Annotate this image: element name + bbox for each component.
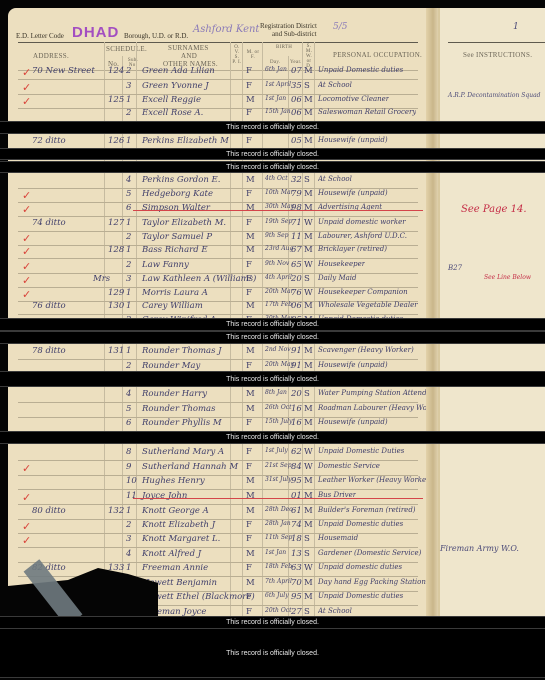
- row-marital-status: M: [304, 418, 313, 428]
- ed-letter-code-label: E.D. Letter Code: [16, 32, 64, 40]
- registration-label: Registration District: [260, 22, 317, 30]
- row-birth-year: 74: [291, 520, 302, 530]
- row-schedule-sub: 2: [126, 260, 131, 270]
- row-sex: M: [246, 346, 255, 356]
- row-birth-year: 18: [291, 534, 302, 544]
- note-see-line-below: See Line Below: [484, 274, 531, 281]
- row-sex: F: [246, 136, 252, 146]
- check-mark: ✓: [22, 66, 31, 79]
- census-page: E.D. Letter Code DHAD Borough, U.D. or R…: [8, 8, 545, 620]
- row-marital-status: W: [304, 260, 313, 270]
- row-occupation: Saleswoman Retail Grocery: [318, 108, 416, 116]
- row-occupation: At School: [318, 175, 352, 183]
- row-marital-status: M: [304, 578, 313, 588]
- row-sex: M: [246, 506, 255, 516]
- row-marital-status: S: [304, 549, 310, 559]
- check-mark: ✓: [22, 491, 31, 504]
- row-birth-day: 6th July: [265, 592, 289, 599]
- row-sex: F: [246, 108, 252, 118]
- row-birth-year: 01: [291, 491, 302, 501]
- row-birth-year: 35: [291, 81, 302, 91]
- row-marital-status: M: [304, 108, 313, 118]
- row-birth-day: 11th Sep: [265, 534, 292, 541]
- row-sex: M: [246, 203, 255, 213]
- col-schedule: SCHEDULE.: [106, 45, 147, 53]
- row-address: 76 ditto: [32, 301, 66, 311]
- row-rule: [18, 216, 418, 217]
- row-schedule-sub: 2: [126, 520, 131, 530]
- row-birth-year: 91: [291, 346, 302, 356]
- row-name: Carey William: [142, 301, 203, 311]
- row-name: Morris Laura A: [142, 288, 208, 298]
- col-surnames: SURNAMES: [168, 44, 209, 52]
- row-name: Rounder May: [142, 361, 200, 371]
- row-occupation: Housewife (unpaid): [318, 136, 388, 144]
- row-schedule-sub: 3: [126, 534, 131, 544]
- row-name: Knott George A: [142, 506, 209, 516]
- row-schedule-sub: 10: [126, 476, 137, 486]
- row-sex: F: [246, 189, 252, 199]
- row-schedule-sub: 2: [126, 232, 131, 242]
- row-schedule-sub: 11: [126, 491, 137, 501]
- closed-record-bar: This record is officially closed.: [0, 318, 545, 331]
- row-birth-day: 28th Jan: [265, 520, 291, 527]
- row-occupation: Unpaid domestic worker: [318, 218, 406, 226]
- row-birth-year: 95: [291, 476, 302, 486]
- row-schedule-no: 129: [108, 288, 124, 298]
- row-birth-year: 06: [291, 108, 302, 118]
- closed-record-bar: This record is officially closed.: [0, 161, 545, 173]
- row-sex: F: [246, 81, 252, 91]
- row-address: 70 New Street: [32, 66, 95, 76]
- row-marital-status: M: [304, 203, 313, 213]
- row-sex: M: [246, 491, 255, 501]
- row-schedule-no: 127: [108, 218, 124, 228]
- closed-record-bar: This record is officially closed.: [0, 121, 545, 134]
- row-sex: F: [246, 361, 252, 371]
- row-occupation: Locomotive Cleaner: [318, 95, 389, 103]
- row-birth-day: 21st Sep: [265, 462, 292, 469]
- row-address: 74 ditto: [32, 218, 66, 228]
- row-marital-status: W: [304, 288, 313, 298]
- row-birth-day: 15th July: [265, 418, 292, 425]
- row-sex: M: [246, 301, 255, 311]
- row-marital-status: S: [304, 389, 310, 399]
- registration-label-2: and Sub-district: [272, 30, 317, 38]
- row-birth-year: 16: [291, 418, 302, 428]
- closed-record-bar: This record is officially closed.: [0, 431, 545, 444]
- row-name: Joyce John: [142, 491, 187, 501]
- row-birth-day: 7th April: [265, 578, 292, 585]
- row-schedule-no: 124: [108, 66, 124, 76]
- row-schedule-sub: 4: [126, 389, 131, 399]
- row-sex: F: [246, 462, 252, 472]
- row-rule: [18, 547, 418, 548]
- row-marital-status: M: [304, 136, 313, 146]
- row-occupation: Housewife (unpaid): [318, 189, 388, 197]
- row-birth-year: 65: [291, 260, 302, 270]
- row-name: Bass Richard E: [142, 245, 208, 255]
- row-rule: [18, 258, 418, 259]
- row-address: 78 ditto: [32, 346, 66, 356]
- row-address: 80 ditto: [32, 506, 66, 516]
- row-occupation: At School: [318, 81, 352, 89]
- row-occupation: At School: [318, 607, 352, 615]
- borough-label: Borough, U.D. or R.D.: [124, 32, 188, 40]
- row-schedule-sub: 5: [126, 189, 131, 199]
- row-marital-status: M: [304, 476, 313, 486]
- row-occupation: Gardener (Domestic Service): [318, 549, 421, 557]
- row-sex: F: [246, 288, 252, 298]
- row-birth-year: 79: [291, 189, 302, 199]
- row-name: Rounder Phyllis M: [142, 418, 222, 428]
- row-schedule-no: 130: [108, 301, 124, 311]
- col-address: ADDRESS.: [33, 52, 69, 60]
- row-sex: F: [246, 563, 252, 573]
- row-marital-status: M: [304, 245, 313, 255]
- row-birth-day: 1st July: [265, 447, 288, 454]
- row-birth-year: 11: [291, 232, 302, 242]
- check-mark: ✓: [22, 520, 31, 533]
- row-birth-year: 13: [291, 549, 302, 559]
- row-name: Knott Elizabeth J: [142, 520, 215, 530]
- row-birth-day: 1st April: [265, 81, 291, 88]
- row-schedule-sub: 3: [126, 274, 131, 284]
- row-sex: F: [246, 260, 252, 270]
- row-occupation: Unpaid Domestic duties: [318, 66, 403, 74]
- borough-value: Ashford Kent: [193, 24, 259, 35]
- row-name: Sutherland Mary A: [142, 447, 224, 457]
- closed-record-bar: This record is officially closed.: [0, 331, 545, 344]
- row-birth-day: 9th Sep: [265, 232, 289, 239]
- row-marital-status: M: [304, 404, 313, 414]
- row-birth-year: 16: [291, 404, 302, 414]
- row-sex: M: [246, 175, 255, 185]
- row-rule: [18, 460, 418, 461]
- row-schedule-no: 125: [108, 95, 124, 105]
- row-rule: [18, 79, 418, 80]
- row-schedule-sub: 5: [126, 404, 131, 414]
- row-schedule-no: 131: [108, 346, 124, 356]
- row-marital-status: M: [304, 520, 313, 530]
- row-marital-status: S: [304, 175, 310, 185]
- row-occupation: Wholesale Vegetable Dealer: [318, 301, 418, 309]
- row-sex: M: [246, 578, 255, 588]
- row-address: 72 ditto: [32, 136, 66, 146]
- row-birth-day: 20th Oct: [265, 607, 292, 614]
- closed-record-bar: This record is officially closed.: [0, 148, 545, 160]
- row-name: Hughes Henry: [142, 476, 205, 486]
- check-mark: ✓: [22, 245, 31, 258]
- row-birth-day: 18th Feb: [265, 563, 292, 570]
- row-occupation: Roadman Labourer (Heavy Worker): [318, 404, 426, 412]
- row-name: Law Fanny: [142, 260, 189, 270]
- row-birth-day: 19th Sep: [265, 218, 292, 225]
- row-schedule-no: 128: [108, 245, 124, 255]
- row-name: Taylor Samuel P: [142, 232, 212, 242]
- row-name: Rounder Thomas J: [142, 346, 222, 356]
- row-schedule-sub: 3: [126, 81, 131, 91]
- row-birth-year: 67: [291, 245, 302, 255]
- row-rule: [18, 504, 418, 505]
- row-birth-day: 17th Feb: [265, 301, 292, 308]
- row-sex: M: [246, 389, 255, 399]
- row-birth-day: 26th Oct: [265, 404, 292, 411]
- row-occupation: Water Pumping Station Attendant (Heavy W…: [318, 389, 426, 397]
- strike-through: [133, 210, 423, 211]
- row-schedule-sub: 1: [126, 136, 131, 146]
- row-schedule-sub: 4: [126, 549, 131, 559]
- check-mark: ✓: [22, 534, 31, 547]
- row-sex: M: [246, 232, 255, 242]
- row-occupation: Domestic Service: [318, 462, 380, 470]
- row-sex: F: [246, 218, 252, 228]
- row-birth-year: 05: [291, 136, 302, 146]
- row-schedule-sub: 1: [126, 218, 131, 228]
- check-mark: ✓: [22, 274, 31, 287]
- note-see-page: See Page 14.: [461, 204, 527, 215]
- row-rule: [18, 402, 418, 403]
- row-occupation: Day hand Egg Packing Station: [318, 578, 426, 586]
- row-sex: M: [246, 404, 255, 414]
- row-birth-year: 63: [291, 563, 302, 573]
- row-birth-day: 8th Jan: [265, 389, 287, 396]
- row-birth-day: 1st Jan: [265, 549, 286, 556]
- note-b27: B27: [448, 264, 462, 272]
- row-marital-status: W: [304, 447, 313, 457]
- row-schedule-sub: 2: [126, 66, 131, 76]
- page-number: 1: [513, 22, 519, 32]
- row-sex: F: [246, 534, 252, 544]
- row-name: Rounder Thomas: [142, 404, 215, 414]
- row-birth-year: 98: [291, 203, 302, 213]
- col-birth: BIRTH: [276, 45, 292, 50]
- check-mark: ✓: [22, 81, 31, 94]
- row-birth-year: 91: [291, 361, 302, 371]
- check-mark: ✓: [22, 288, 31, 301]
- row-schedule-sub: 4: [126, 175, 131, 185]
- ed-letter-code: DHAD: [72, 24, 119, 41]
- row-sex: F: [246, 418, 252, 428]
- row-sex: F: [246, 447, 252, 457]
- row-birth-year: 20: [291, 389, 302, 399]
- row-birth-day: 2nd Nov: [265, 346, 291, 353]
- row-occupation: Builder's Foreman (retired): [318, 506, 416, 514]
- row-name: Excell Reggie: [142, 95, 201, 105]
- row-occupation: Leather Worker (Heavy Worker): [318, 476, 426, 484]
- check-mark: ✓: [22, 462, 31, 475]
- row-schedule-sub: 8: [126, 447, 131, 457]
- row-birth-day: 4th Oct: [265, 175, 288, 182]
- row-rule: [18, 489, 418, 490]
- row-marital-status: M: [304, 346, 313, 356]
- check-mark: ✓: [22, 203, 31, 216]
- row-name: Knott Alfred J: [142, 549, 201, 559]
- row-name: Freeman Annie: [142, 563, 208, 573]
- row-name: Perkins Elizabeth M: [142, 136, 229, 146]
- row-sex: M: [246, 549, 255, 559]
- row-schedule-sub: 1: [126, 346, 131, 356]
- row-birth-year: 06: [291, 95, 302, 105]
- row-name: Knott Margaret L.: [142, 534, 220, 544]
- row-schedule-sub: 2: [126, 361, 131, 371]
- row-annotation: Mrs: [93, 274, 110, 284]
- row-schedule-sub: 1: [126, 288, 131, 298]
- closed-record-bar: This record is officially closed.: [0, 371, 545, 387]
- col-ovspi: O. V. S. P. I.: [232, 45, 242, 65]
- row-name: Taylor Elizabeth M.: [142, 218, 226, 228]
- row-name: Hedgeborg Kate: [142, 189, 213, 199]
- check-mark: ✓: [22, 232, 31, 245]
- row-birth-year: 06: [291, 301, 302, 311]
- row-sex: M: [246, 95, 255, 105]
- row-sex: F: [246, 274, 252, 284]
- strike-through: [133, 498, 423, 499]
- row-birth-day: 30th May: [265, 203, 294, 210]
- row-name: Perkins Gordon E.: [142, 175, 220, 185]
- row-occupation: Housewife (unpaid): [318, 361, 388, 369]
- row-marital-status: S: [304, 534, 310, 544]
- row-name: Law Kathleen A (Williams): [142, 274, 256, 284]
- row-sex: F: [246, 592, 252, 602]
- col-occupation: PERSONAL OCCUPATION.: [333, 51, 422, 59]
- right-page: [438, 8, 545, 620]
- row-name: Sutherland Hannah M: [142, 462, 238, 472]
- row-marital-status: M: [304, 301, 313, 311]
- row-marital-status: M: [304, 506, 313, 516]
- row-birth-year: 32: [291, 175, 302, 185]
- row-marital-status: W: [304, 563, 313, 573]
- row-birth-year: 20: [291, 274, 302, 284]
- row-schedule-sub: 6: [126, 418, 131, 428]
- note-arp: A.R.P. Decontamination Squad: [448, 92, 540, 99]
- row-birth-day: 28th Dec: [265, 506, 293, 513]
- row-marital-status: S: [304, 81, 310, 91]
- row-birth-day: 15th Jan: [265, 108, 291, 115]
- row-occupation: Daily Maid: [318, 274, 357, 282]
- row-birth-day: 20th Mar: [265, 288, 293, 295]
- row-birth-year: 71: [291, 218, 302, 228]
- row-name: Green Yvonne J: [142, 81, 209, 91]
- row-occupation: Housemaid: [318, 534, 358, 542]
- row-marital-status: M: [304, 189, 313, 199]
- row-schedule-no: 132: [108, 506, 124, 516]
- row-birth-year: 61: [291, 506, 302, 516]
- row-occupation: Bricklayer (retired): [318, 245, 387, 253]
- row-schedule-sub: 1: [126, 245, 131, 255]
- row-schedule-sub: 1: [126, 301, 131, 311]
- row-name: Rounder Harry: [142, 389, 207, 399]
- row-birth-day: 9th Nov: [265, 260, 289, 267]
- row-schedule-no: 126: [108, 136, 124, 146]
- row-occupation: Scavenger (Heavy Worker): [318, 346, 414, 354]
- row-marital-status: M: [304, 592, 313, 602]
- row-occupation: Housewife (unpaid): [318, 418, 388, 426]
- row-birth-day: 4th April: [265, 274, 292, 281]
- row-birth-year: 95: [291, 592, 302, 602]
- row-occupation: Unpaid Domestic duties: [318, 520, 403, 528]
- row-occupation: Housekeeper Companion: [318, 288, 408, 296]
- row-occupation: Housekeeper: [318, 260, 365, 268]
- closed-record-bar: This record is officially closed.: [0, 628, 545, 678]
- col-sex: M. or F.: [246, 50, 260, 60]
- row-birth-day: 20th May: [265, 361, 294, 368]
- row-rule: [18, 359, 418, 360]
- row-name: Excell Rose A.: [142, 108, 203, 118]
- row-name: Hewett Ethel (Blackmore): [142, 592, 255, 602]
- col-and: AND: [181, 52, 197, 60]
- row-schedule-sub: 2: [126, 108, 131, 118]
- row-birth-year: 84: [291, 462, 302, 472]
- row-birth-day: 1st Jan: [265, 95, 286, 102]
- row-name: Simpson Walter: [142, 203, 210, 213]
- col-instructions: See INSTRUCTIONS.: [463, 51, 532, 59]
- row-birth-year: 76: [291, 288, 302, 298]
- row-schedule-sub: 1: [126, 506, 131, 516]
- row-marital-status: M: [304, 232, 313, 242]
- row-name: Green Ada Lilian: [142, 66, 215, 76]
- row-sex: F: [246, 520, 252, 530]
- row-birth-day: 6th Jan: [265, 66, 287, 73]
- row-occupation: Unpaid Domestic Duties: [318, 447, 404, 455]
- row-sex: F: [246, 66, 252, 76]
- row-marital-status: M: [304, 95, 313, 105]
- row-birth-year: 70: [291, 578, 302, 588]
- col-birth-day: Day.: [270, 60, 280, 65]
- row-marital-status: W: [304, 462, 313, 472]
- row-schedule-sub: 1: [126, 95, 131, 105]
- row-marital-status: S: [304, 274, 310, 284]
- check-mark: ✓: [22, 260, 31, 273]
- row-sex: M: [246, 245, 255, 255]
- row-birth-year: 62: [291, 447, 302, 457]
- col-birth-year: Year.: [290, 60, 302, 65]
- row-sex: M: [246, 476, 255, 486]
- row-schedule-sub: 1: [126, 563, 131, 573]
- row-birth-day: 10th Mar: [265, 189, 293, 196]
- registration-value: 5/5: [333, 22, 347, 32]
- row-marital-status: M: [304, 66, 313, 76]
- check-mark: ✓: [22, 189, 31, 202]
- row-marital-status: M: [304, 491, 313, 501]
- row-schedule-sub: 6: [126, 203, 131, 213]
- row-marital-status: M: [304, 361, 313, 371]
- row-marital-status: W: [304, 218, 313, 228]
- check-mark: ✓: [22, 95, 31, 108]
- row-birth-year: 07: [291, 66, 302, 76]
- row-occupation: Unpaid Domestic duties: [318, 592, 403, 600]
- row-birth-day: 23rd Aug: [265, 245, 293, 252]
- row-birth-day: 31st July: [265, 476, 292, 483]
- note-fireman: Fireman Army W.O.: [440, 544, 519, 553]
- row-occupation: Unpaid domestic duties: [318, 563, 402, 571]
- row-occupation: Labourer, Ashford U.D.C.: [318, 232, 407, 240]
- row-schedule-sub: 9: [126, 462, 131, 472]
